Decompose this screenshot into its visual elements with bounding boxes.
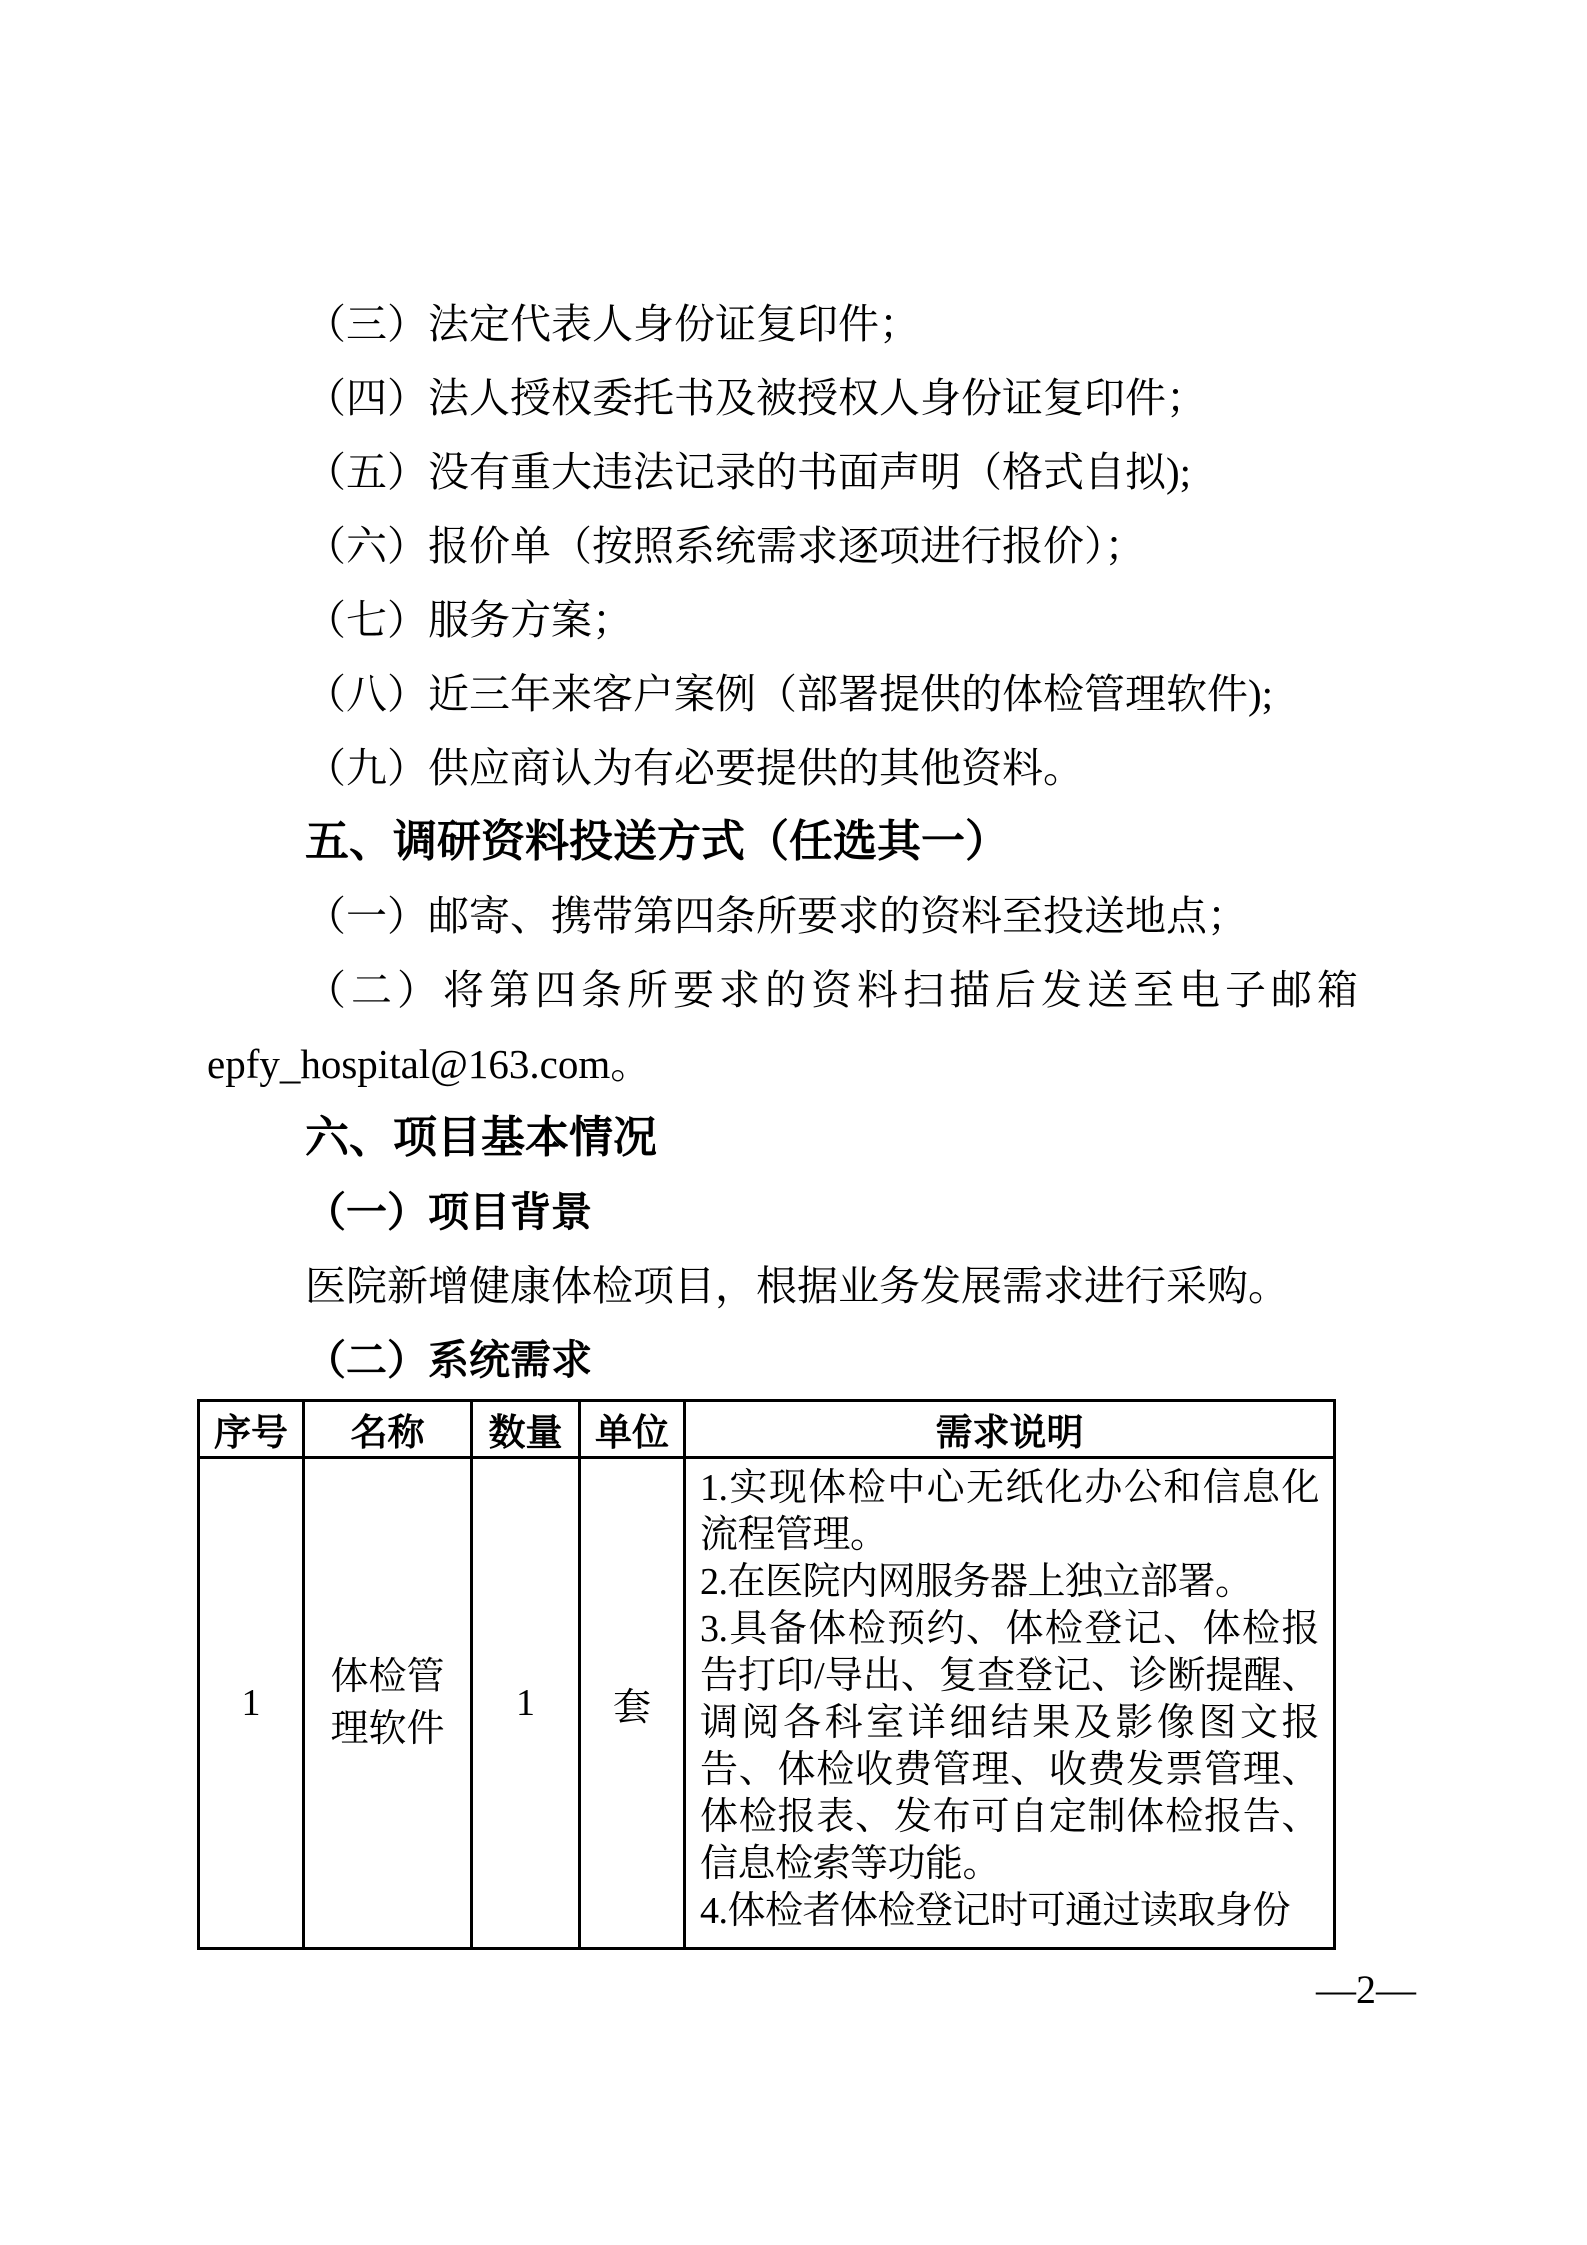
list-item-8: （八）近三年来客户案例（部署提供的体检管理软件);	[207, 657, 1387, 731]
desc-item-3: 3.具备体检预约、体检登记、体检报告打印/导出、复查登记、诊断提醒、调阅各科室详…	[700, 1606, 1319, 1888]
table-header-row: 序号 名称 数量 单位 需求说明	[199, 1401, 1335, 1458]
section6-paragraph: 医院新增健康体检项目，根据业务发展需求进行采购。	[207, 1249, 1387, 1323]
cell-qty: 1	[472, 1458, 580, 1949]
section6-sub1: （一）项目背景	[207, 1175, 1387, 1249]
desc-item-1: 1.实现体检中心无纸化办公和信息化流程管理。	[700, 1465, 1319, 1559]
list-item-7: （七）服务方案；	[207, 583, 1387, 657]
col-header-unit: 单位	[580, 1401, 685, 1458]
list-item-6: （六）报价单（按照系统需求逐项进行报价）；	[207, 509, 1387, 583]
list-item-9: （九）供应商认为有必要提供的其他资料。	[207, 731, 1387, 805]
document-page: （三）法定代表人身份证复印件； （四）法人授权委托书及被授权人身份证复印件； （…	[0, 0, 1587, 2245]
cell-desc: 1.实现体检中心无纸化办公和信息化流程管理。 2.在医院内网服务器上独立部署。 …	[685, 1458, 1335, 1949]
list-item-3: （三）法定代表人身份证复印件；	[207, 287, 1387, 361]
section5-item-2: （二）将第四条所要求的资料扫描后发送至电子邮箱	[207, 953, 1387, 1027]
col-header-qty: 数量	[472, 1401, 580, 1458]
col-header-no: 序号	[199, 1401, 304, 1458]
col-header-name: 名称	[304, 1401, 472, 1458]
cell-name-text: 体检管理软件	[326, 1651, 450, 1755]
section5-item-1: （一）邮寄、携带第四条所要求的资料至投送地点；	[207, 879, 1387, 953]
col-header-desc: 需求说明	[685, 1401, 1335, 1458]
cell-unit: 套	[580, 1458, 685, 1949]
cell-no: 1	[199, 1458, 304, 1949]
section6-heading: 六、项目基本情况	[207, 1101, 1387, 1175]
section6-sub2: （二）系统需求	[207, 1323, 1387, 1397]
list-item-4: （四）法人授权委托书及被授权人身份证复印件；	[207, 361, 1387, 435]
cell-name: 体检管理软件	[304, 1458, 472, 1949]
document-body: （三）法定代表人身份证复印件； （四）法人授权委托书及被授权人身份证复印件； （…	[207, 287, 1387, 1397]
requirements-table: 序号 名称 数量 单位 需求说明 1 体检管理软件 1 套 1.实现体检中心无纸…	[197, 1399, 1336, 1950]
page-number: —2—	[1316, 1966, 1416, 2014]
list-item-5: （五）没有重大违法记录的书面声明（格式自拟);	[207, 435, 1387, 509]
section5-heading: 五、调研资料投送方式（任选其一）	[207, 805, 1387, 879]
desc-item-2: 2.在医院内网服务器上独立部署。	[700, 1559, 1319, 1606]
desc-item-4: 4.体检者体检登记时可通过读取身份	[700, 1888, 1319, 1935]
table-row: 1 体检管理软件 1 套 1.实现体检中心无纸化办公和信息化流程管理。 2.在医…	[199, 1458, 1335, 1949]
email-address: epfy_hospital@163.com。	[207, 1027, 1387, 1101]
